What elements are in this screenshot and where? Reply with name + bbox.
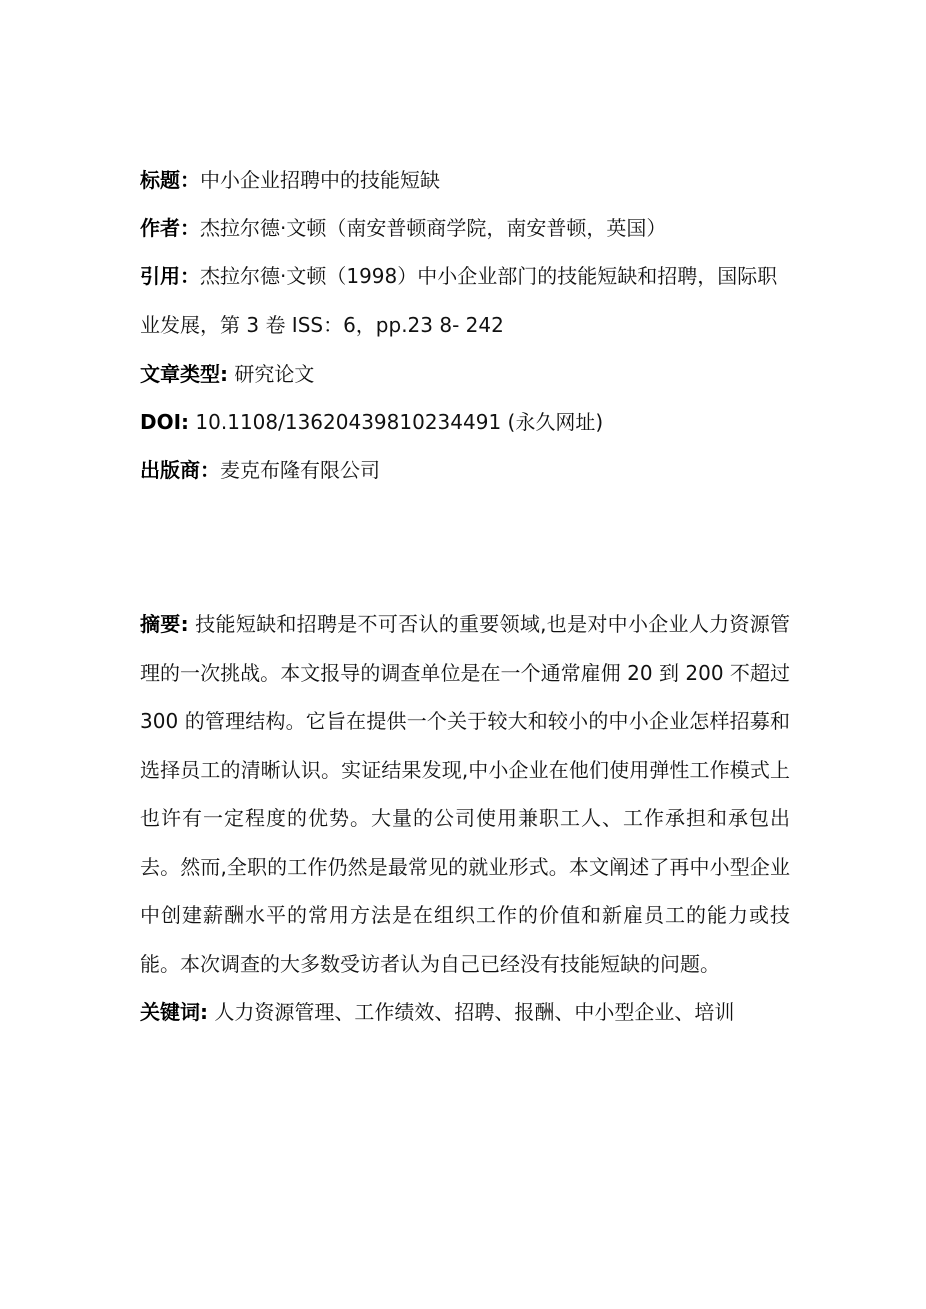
publisher-value: 麦克布隆有限公司 — [220, 458, 380, 482]
doi-line: DOI: 10.1108/13620439810234491 (永久网址) — [140, 410, 790, 434]
article-metadata: 标题：中小企业招聘中的技能短缺 作者：杰拉尔德·文顿（南安普顿商学院，南安普顿，… — [140, 168, 790, 506]
doi-label: DOI: — [140, 410, 189, 434]
title-value: 中小企业招聘中的技能短缺 — [200, 168, 440, 192]
doi-value: 10.1108/13620439810234491 (永久网址) — [195, 410, 603, 434]
citation-label: 引用： — [140, 264, 200, 288]
publisher-line: 出版商：麦克布隆有限公司 — [140, 458, 790, 482]
title-line: 标题：中小企业招聘中的技能短缺 — [140, 168, 790, 192]
keywords-line: 关键词: 人力资源管理、工作绩效、招聘、报酬、中小型企业、培训 — [140, 988, 790, 1036]
article-type-line: 文章类型: 研究论文 — [140, 362, 790, 386]
title-label: 标题： — [140, 168, 200, 192]
abstract-text: 技能短缺和招聘是不可否认的重要领域,也是对中小企业人力资源管理的一次挑战。本文报… — [140, 612, 790, 976]
keywords-value: 人力资源管理、工作绩效、招聘、报酬、中小型企业、培训 — [214, 1000, 734, 1024]
citation-line: 引用：杰拉尔德·文顿（1998）中小企业部门的技能短缺和招聘，国际职业发展，第 … — [140, 252, 790, 350]
abstract-label: 摘要: — [140, 612, 189, 636]
citation-value: 杰拉尔德·文顿（1998）中小企业部门的技能短缺和招聘，国际职业发展，第 3 卷… — [140, 264, 777, 337]
article-type-value: 研究论文 — [234, 362, 314, 386]
keywords-label: 关键词: — [140, 1000, 208, 1024]
abstract-paragraph: 摘要: 技能短缺和招聘是不可否认的重要领域,也是对中小企业人力资源管理的一次挑战… — [140, 600, 790, 988]
author-line: 作者：杰拉尔德·文顿（南安普顿商学院，南安普顿，英国） — [140, 216, 790, 240]
abstract-section: 摘要: 技能短缺和招聘是不可否认的重要领域,也是对中小企业人力资源管理的一次挑战… — [140, 600, 790, 1036]
author-label: 作者： — [140, 216, 200, 240]
publisher-label: 出版商： — [140, 458, 220, 482]
article-type-label: 文章类型: — [140, 362, 228, 386]
author-value: 杰拉尔德·文顿（南安普顿商学院，南安普顿，英国） — [200, 216, 666, 240]
